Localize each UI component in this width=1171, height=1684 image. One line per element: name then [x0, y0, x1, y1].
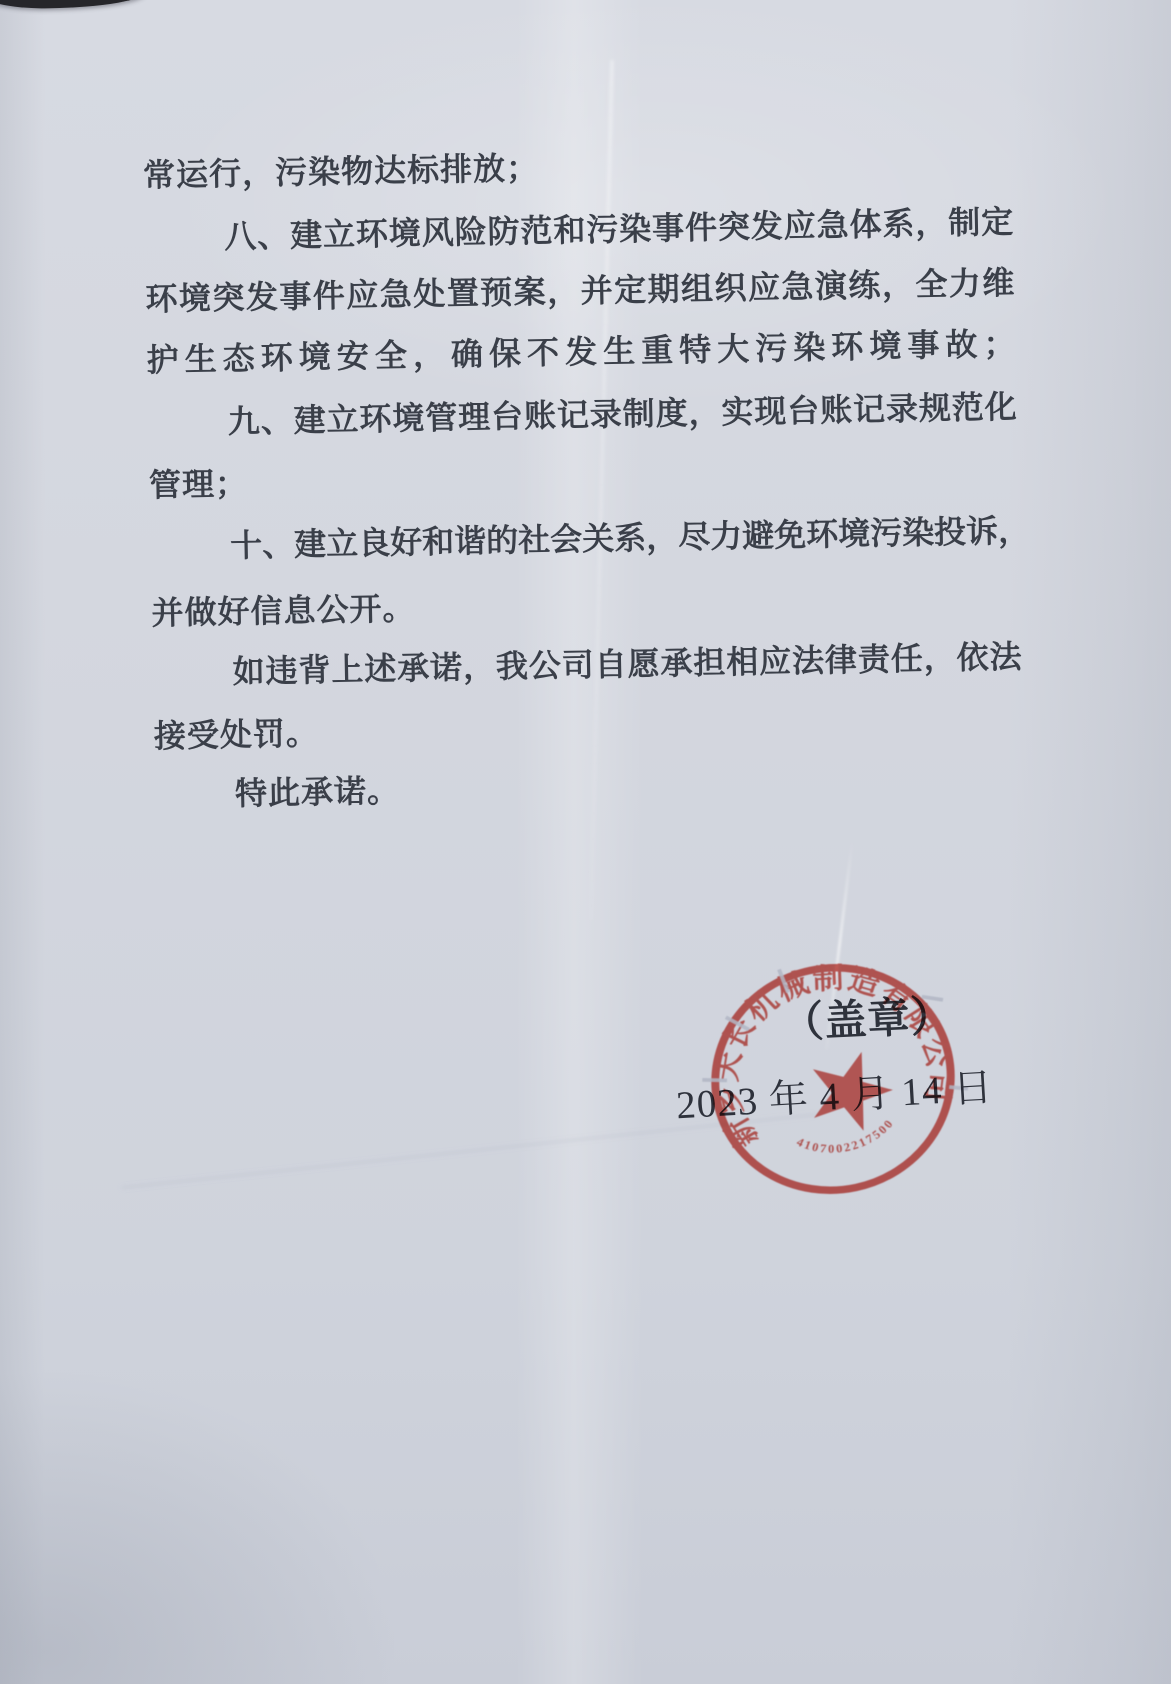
text-line: 常运行，污染物达标排放； [143, 143, 540, 197]
text-line: 特此承诺。 [235, 766, 401, 815]
document-photo: 常运行，污染物达标排放； 八、建立环境风险防范和污染事件突发应急体系，制定 环境… [0, 0, 1171, 1684]
text-line: 八、建立环境风险防范和污染事件突发应急体系，制定 [224, 197, 1014, 258]
text-line: 管理； [149, 458, 249, 506]
stamp-serial-number: 4107002217500 [792, 1114, 901, 1164]
stamp-company-name: 新乡天长机械制造有限公司 [687, 938, 965, 1156]
text-line: 护生态环境安全，确保不发生重特大污染环境事故； [146, 319, 1016, 382]
text-line: 并做好信息公开。 [151, 583, 416, 634]
company-stamp: 新乡天长机械制造有限公司 4107002217500 [663, 907, 1003, 1247]
text-line: 九、建立环境管理台账记录制度，实现台账记录规范化 [227, 382, 1017, 443]
document-text-layer: 常运行，污染物达标排放； 八、建立环境风险防范和污染事件突发应急体系，制定 环境… [0, 0, 1171, 1684]
text-line: 环境突发事件应急处置预案，并定期组织应急演练，全力维 [145, 258, 1015, 321]
text-line: 如违背上述承诺，我公司自愿承担相应法律责任，依法 [232, 632, 1022, 693]
text-line: 接受处罚。 [153, 708, 319, 757]
text-line: 十、建立良好和谐的社会关系，尽力避免环境污染投诉， [230, 505, 1031, 566]
